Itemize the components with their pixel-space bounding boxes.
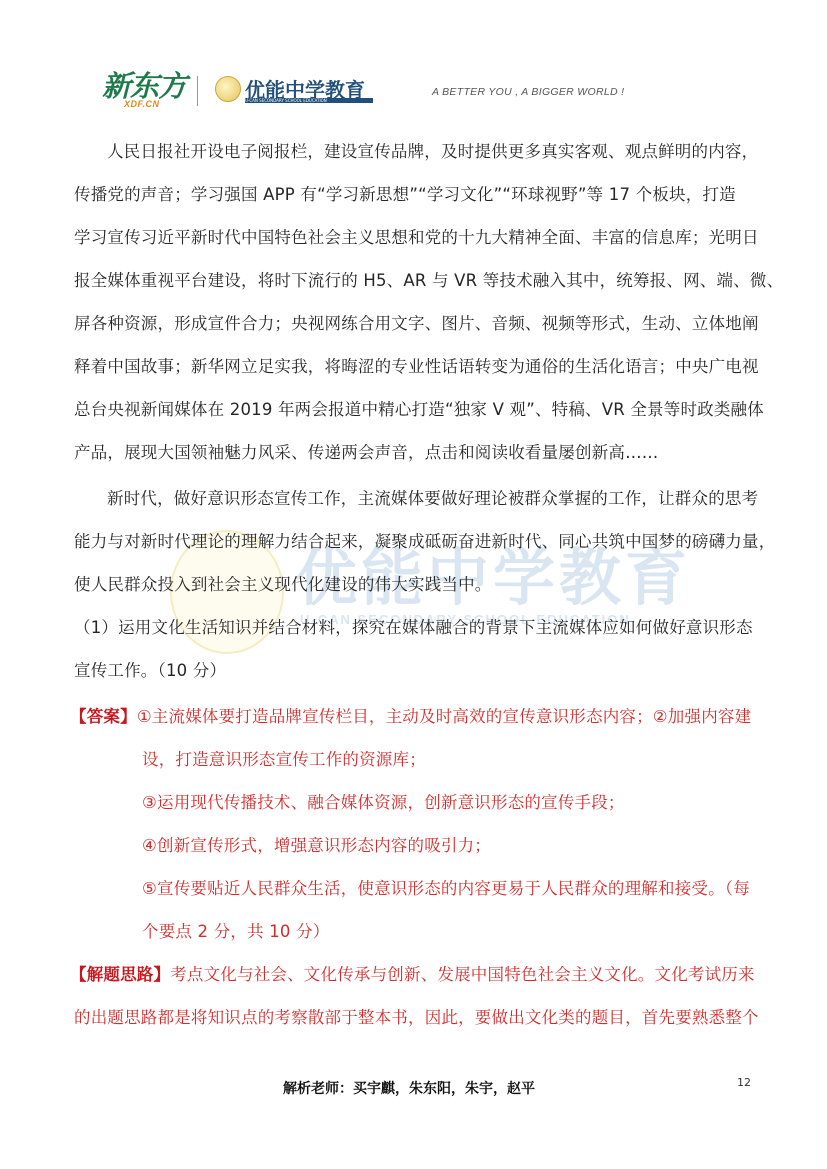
- paragraph-line: 总台央视新闻媒体在 2019 年两会报道中精心打造“独家 V 观”、特稿、VR …: [74, 396, 764, 420]
- page-header: 新东方 XDF.CN 优能中学教育 U-CAN SECONDARY SCHOOL…: [0, 0, 827, 120]
- paragraph-line: 释着中国故事；新华网立足实我，将晦涩的专业性话语转变为通俗的生活化语言；中央广电…: [74, 353, 759, 377]
- answer-line: 设，打造意识形态宣传工作的资源库；: [142, 746, 426, 770]
- analysis-label: 【解题思路】: [70, 965, 170, 984]
- paragraph-line: 能力与对新时代理论的理解力结合起来，凝聚成砥砺奋进新时代、同心共筑中国梦的磅礴力…: [74, 528, 775, 552]
- answer-line: 【答案】①主流媒体要打造品牌宣传栏目，主动及时高效的宣传意识形态内容；②加强内容…: [70, 703, 751, 727]
- paragraph-line: 报全媒体重视平台建设，将时下流行的 H5、AR 与 VR 等技术融入其中，统筹报…: [74, 267, 783, 291]
- youneng-ball-icon: [215, 76, 241, 102]
- xdf-logo-cn: 新东方: [102, 72, 186, 102]
- analysis-line: 的出题思路都是将知识点的考察散部于整本书，因此，要做出文化类的题目，首先要熟悉整…: [74, 1004, 759, 1028]
- answer-text: ①主流媒体要打造品牌宣传栏目，主动及时高效的宣传意识形态内容；②加强内容建: [137, 707, 751, 726]
- youneng-logo-en: U-CAN SECONDARY SCHOOL EDUCATION: [245, 98, 373, 103]
- question-line: （1）运用文化生活知识并结合材料，探究在媒体融合的背景下主流媒体应如何做好意识形…: [74, 614, 753, 638]
- answer-label: 【答案】: [70, 707, 137, 726]
- paragraph-line: 使人民群众投入到社会主义现代化建设的伟大实践当中。: [74, 571, 492, 595]
- footer-authors: 解析老师：买宇麒，朱东阳，朱宇，赵平: [283, 1078, 535, 1098]
- question-line: 宣传工作。（10 分）: [74, 657, 226, 681]
- answer-line: ③运用现代传播技术、融合媒体资源，创新意识形态的宣传手段；: [142, 789, 625, 813]
- xdf-logo: 新东方 XDF.CN: [102, 72, 186, 102]
- paragraph-line: 人民日报社开设电子阅报栏，建设宣传品牌，及时提供更多真实客观、观点鲜明的内容，: [107, 138, 758, 162]
- page-number: 12: [737, 1076, 751, 1089]
- paragraph-line: 产品，展现大国领袖魅力风采、传递两会声音，点击和阅读收看量屡创新高……: [74, 439, 659, 463]
- paragraph-line: 新时代，做好意识形态宣传工作，主流媒体要做好理论被群众掌握的工作，让群众的思考: [107, 485, 758, 509]
- answer-line: ④创新宣传形式，增强意识形态内容的吸引力；: [142, 832, 491, 856]
- xdf-logo-en: XDF.CN: [124, 99, 160, 109]
- paragraph-line: 传播党的声音；学习强国 APP 有“学习新思想”“学习文化”“环球视野”等 17…: [74, 181, 736, 205]
- analysis-text: 考点文化与社会、文化传承与创新、发展中国特色社会主义文化。文化考试历来: [170, 965, 755, 984]
- paragraph-line: 学习宣传习近平新时代中国特色社会主义思想和党的十九大精神全面、丰富的信息库；光明…: [74, 224, 759, 248]
- answer-line: 个要点 2 分，共 10 分）: [142, 918, 329, 942]
- logo-divider: [197, 76, 198, 106]
- slogan: A BETTER YOU , A BIGGER WORLD !: [432, 86, 624, 98]
- answer-line: ⑤宣传要贴近人民群众生活，使意识形态的内容更易于人民群众的理解和接受。（每: [142, 875, 750, 899]
- paragraph-line: 屏各种资源，形成宣件合力；央视网练合用文字、图片、音频、视频等形式，生动、立体地…: [74, 310, 759, 334]
- analysis-line: 【解题思路】考点文化与社会、文化传承与创新、发展中国特色社会主义文化。文化考试历…: [70, 961, 755, 985]
